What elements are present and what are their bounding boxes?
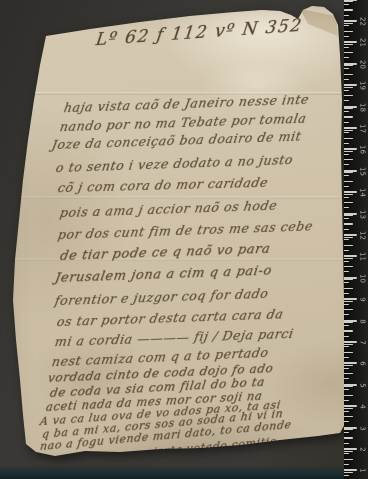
ruler-tick (344, 132, 349, 133)
ruler-tick (344, 378, 349, 379)
handwriting-line: forentior e juzgor coq for dado (54, 285, 270, 308)
ruler-tick (344, 65, 353, 66)
ruler-tick (344, 322, 353, 323)
ruler-number: 21 (359, 37, 366, 49)
ruler-number: 15 (359, 165, 366, 177)
ruler-tick (344, 237, 353, 238)
ruler-tick (344, 175, 349, 176)
ruler-tick (344, 47, 349, 48)
ruler-tick (344, 395, 353, 396)
ruler-tick (344, 352, 353, 353)
ruler-number: 4 (359, 401, 366, 413)
ruler-number: 11 (359, 251, 366, 263)
ruler-tick (344, 411, 349, 412)
ruler-number: 6 (359, 358, 366, 370)
ruler-tick (344, 344, 353, 345)
ruler-tick (344, 309, 353, 310)
ruler-tick (344, 429, 353, 430)
ruler-tick (344, 143, 349, 144)
ruler-tick (344, 15, 349, 16)
ruler-tick (344, 108, 353, 109)
ruler-tick (344, 186, 349, 187)
ruler-tick (344, 288, 353, 289)
ruler-tick (344, 215, 353, 216)
ruler-tick (344, 432, 349, 433)
ruler-tick (344, 234, 357, 236)
ruler-tick (344, 164, 349, 165)
paper-wrap: Lº 62 ƒ 112 vº N 352 haja vista caõ de J… (0, 0, 368, 479)
ruler-tick (344, 44, 353, 45)
ruler-tick (344, 266, 353, 267)
ruler-tick (344, 84, 357, 86)
ruler-tick (344, 116, 353, 117)
ruler-tick (344, 416, 353, 417)
handwriting-layer: Lº 62 ƒ 112 vº N 352 haja vista caõ de J… (0, 0, 368, 479)
ruler-tick (344, 79, 349, 80)
ruler-tick (344, 365, 353, 366)
ruler-number: 2 (359, 444, 366, 456)
ruler-tick (344, 9, 353, 10)
ruler-number: 13 (359, 208, 366, 220)
ruler-tick (344, 218, 349, 219)
ruler-tick (344, 304, 349, 305)
handwriting-line: pois a ama j accior naõ os hode (59, 197, 279, 220)
ruler-tick (344, 346, 349, 347)
ruler-tick (344, 36, 349, 37)
manuscript-photo: Lº 62 ƒ 112 vº N 352 haja vista caõ de J… (0, 0, 368, 479)
ruler-tick (344, 325, 349, 326)
ruler-tick (344, 368, 349, 369)
ruler-number: 16 (359, 144, 366, 156)
ruler-tick (344, 389, 349, 390)
ruler-tick (344, 197, 349, 198)
ruler-tick (344, 31, 353, 32)
ruler-tick (344, 52, 353, 53)
ruler-tick (344, 95, 353, 96)
ruler-tick (344, 298, 357, 300)
ruler-tick (344, 239, 349, 240)
ruler-tick (344, 74, 353, 75)
ruler-tick (344, 421, 349, 422)
ruler-tick (344, 4, 349, 5)
ruler-tick (344, 191, 357, 193)
ruler-tick (344, 25, 349, 26)
ruler-number: 19 (359, 80, 366, 92)
ruler-tick (344, 127, 357, 129)
ruler-number: 17 (359, 123, 366, 135)
ruler-tick (344, 405, 357, 407)
handwriting-line: Jerusalem jona a cim q a pai-o (54, 263, 273, 286)
ruler-tick (344, 122, 349, 123)
ruler-tick (344, 151, 353, 152)
ruler-number: 3 (359, 422, 366, 434)
handwriting-line: o to sento i veze dodato a no justo (55, 152, 295, 175)
ruler-tick (344, 68, 349, 69)
ruler-tick (344, 90, 349, 91)
ruler-tick (344, 57, 349, 58)
ruler-tick (344, 293, 349, 294)
ruler-tick (344, 202, 353, 203)
ruler-tick (344, 181, 353, 182)
ruler-tick (344, 194, 353, 195)
ruler-number: 22 (359, 16, 366, 28)
ruler-tick (344, 20, 357, 22)
ruler-tick (344, 130, 353, 131)
ruler-tick (344, 314, 349, 315)
ruler-tick (344, 250, 349, 251)
ruler-tick (344, 282, 349, 283)
ruler-tick (344, 159, 353, 160)
ruler-tick (344, 301, 353, 302)
measurement-ruler: 22212019181716151413121110987654321 (344, 0, 368, 479)
ruler-tick (344, 100, 349, 101)
ruler-tick (344, 341, 357, 343)
ruler-number: 9 (359, 294, 366, 306)
ruler-tick (344, 437, 353, 438)
ruler-tick (344, 223, 353, 224)
ruler-tick (344, 330, 353, 331)
ruler-tick (344, 207, 349, 208)
ruler-number: 8 (359, 315, 366, 327)
ruler-number: 18 (359, 101, 366, 113)
ruler-number: 12 (359, 230, 366, 242)
ruler-number: 5 (359, 379, 366, 391)
ruler-number: 1 (359, 465, 366, 477)
handwriting-line: os tar portor desta carta cara da (56, 306, 285, 329)
ruler-tick (344, 23, 353, 24)
ruler-number: 14 (359, 187, 366, 199)
manuscript-paper: Lº 62 ƒ 112 vº N 352 haja vista caõ de J… (0, 0, 368, 479)
ruler-tick (344, 472, 353, 473)
ruler-number: 20 (359, 58, 366, 70)
ruler-tick (344, 475, 349, 476)
ruler-number: 7 (359, 337, 366, 349)
ruler-tick (344, 451, 353, 452)
ruler-tick (344, 357, 349, 358)
ruler-tick (344, 258, 353, 259)
ruler-tick (344, 1, 353, 2)
handwriting-line: de tiar pode ce q naõ vo para (59, 242, 272, 264)
ruler-tick (344, 400, 349, 401)
archival-reference-heading: Lº 62 ƒ 112 vº N 352 (95, 15, 304, 50)
handwriting-line: cõ j com cora do mor caridade (57, 174, 270, 195)
ruler-tick (344, 271, 349, 272)
ruler-tick (344, 386, 353, 387)
ruler-tick (344, 111, 349, 112)
ruler-tick (344, 373, 353, 374)
ruler-tick (344, 87, 353, 88)
ruler-tick (344, 261, 349, 262)
ruler-tick (344, 336, 349, 337)
ruler-tick (344, 279, 353, 280)
ruler-tick (344, 443, 349, 444)
ruler-tick (344, 245, 353, 246)
ruler-tick (344, 229, 349, 230)
ruler-tick (344, 172, 353, 173)
ruler-tick (344, 453, 349, 454)
ruler-tick (344, 459, 353, 460)
ruler-tick (344, 154, 349, 155)
ruler-tick (344, 408, 353, 409)
ruler-tick (344, 464, 349, 465)
ruler-tick (344, 138, 353, 139)
ruler-tick (344, 448, 357, 450)
ruler-number: 10 (359, 272, 366, 284)
handwriting-line: por dos cunt fim de tros me sas cebe (57, 218, 315, 242)
